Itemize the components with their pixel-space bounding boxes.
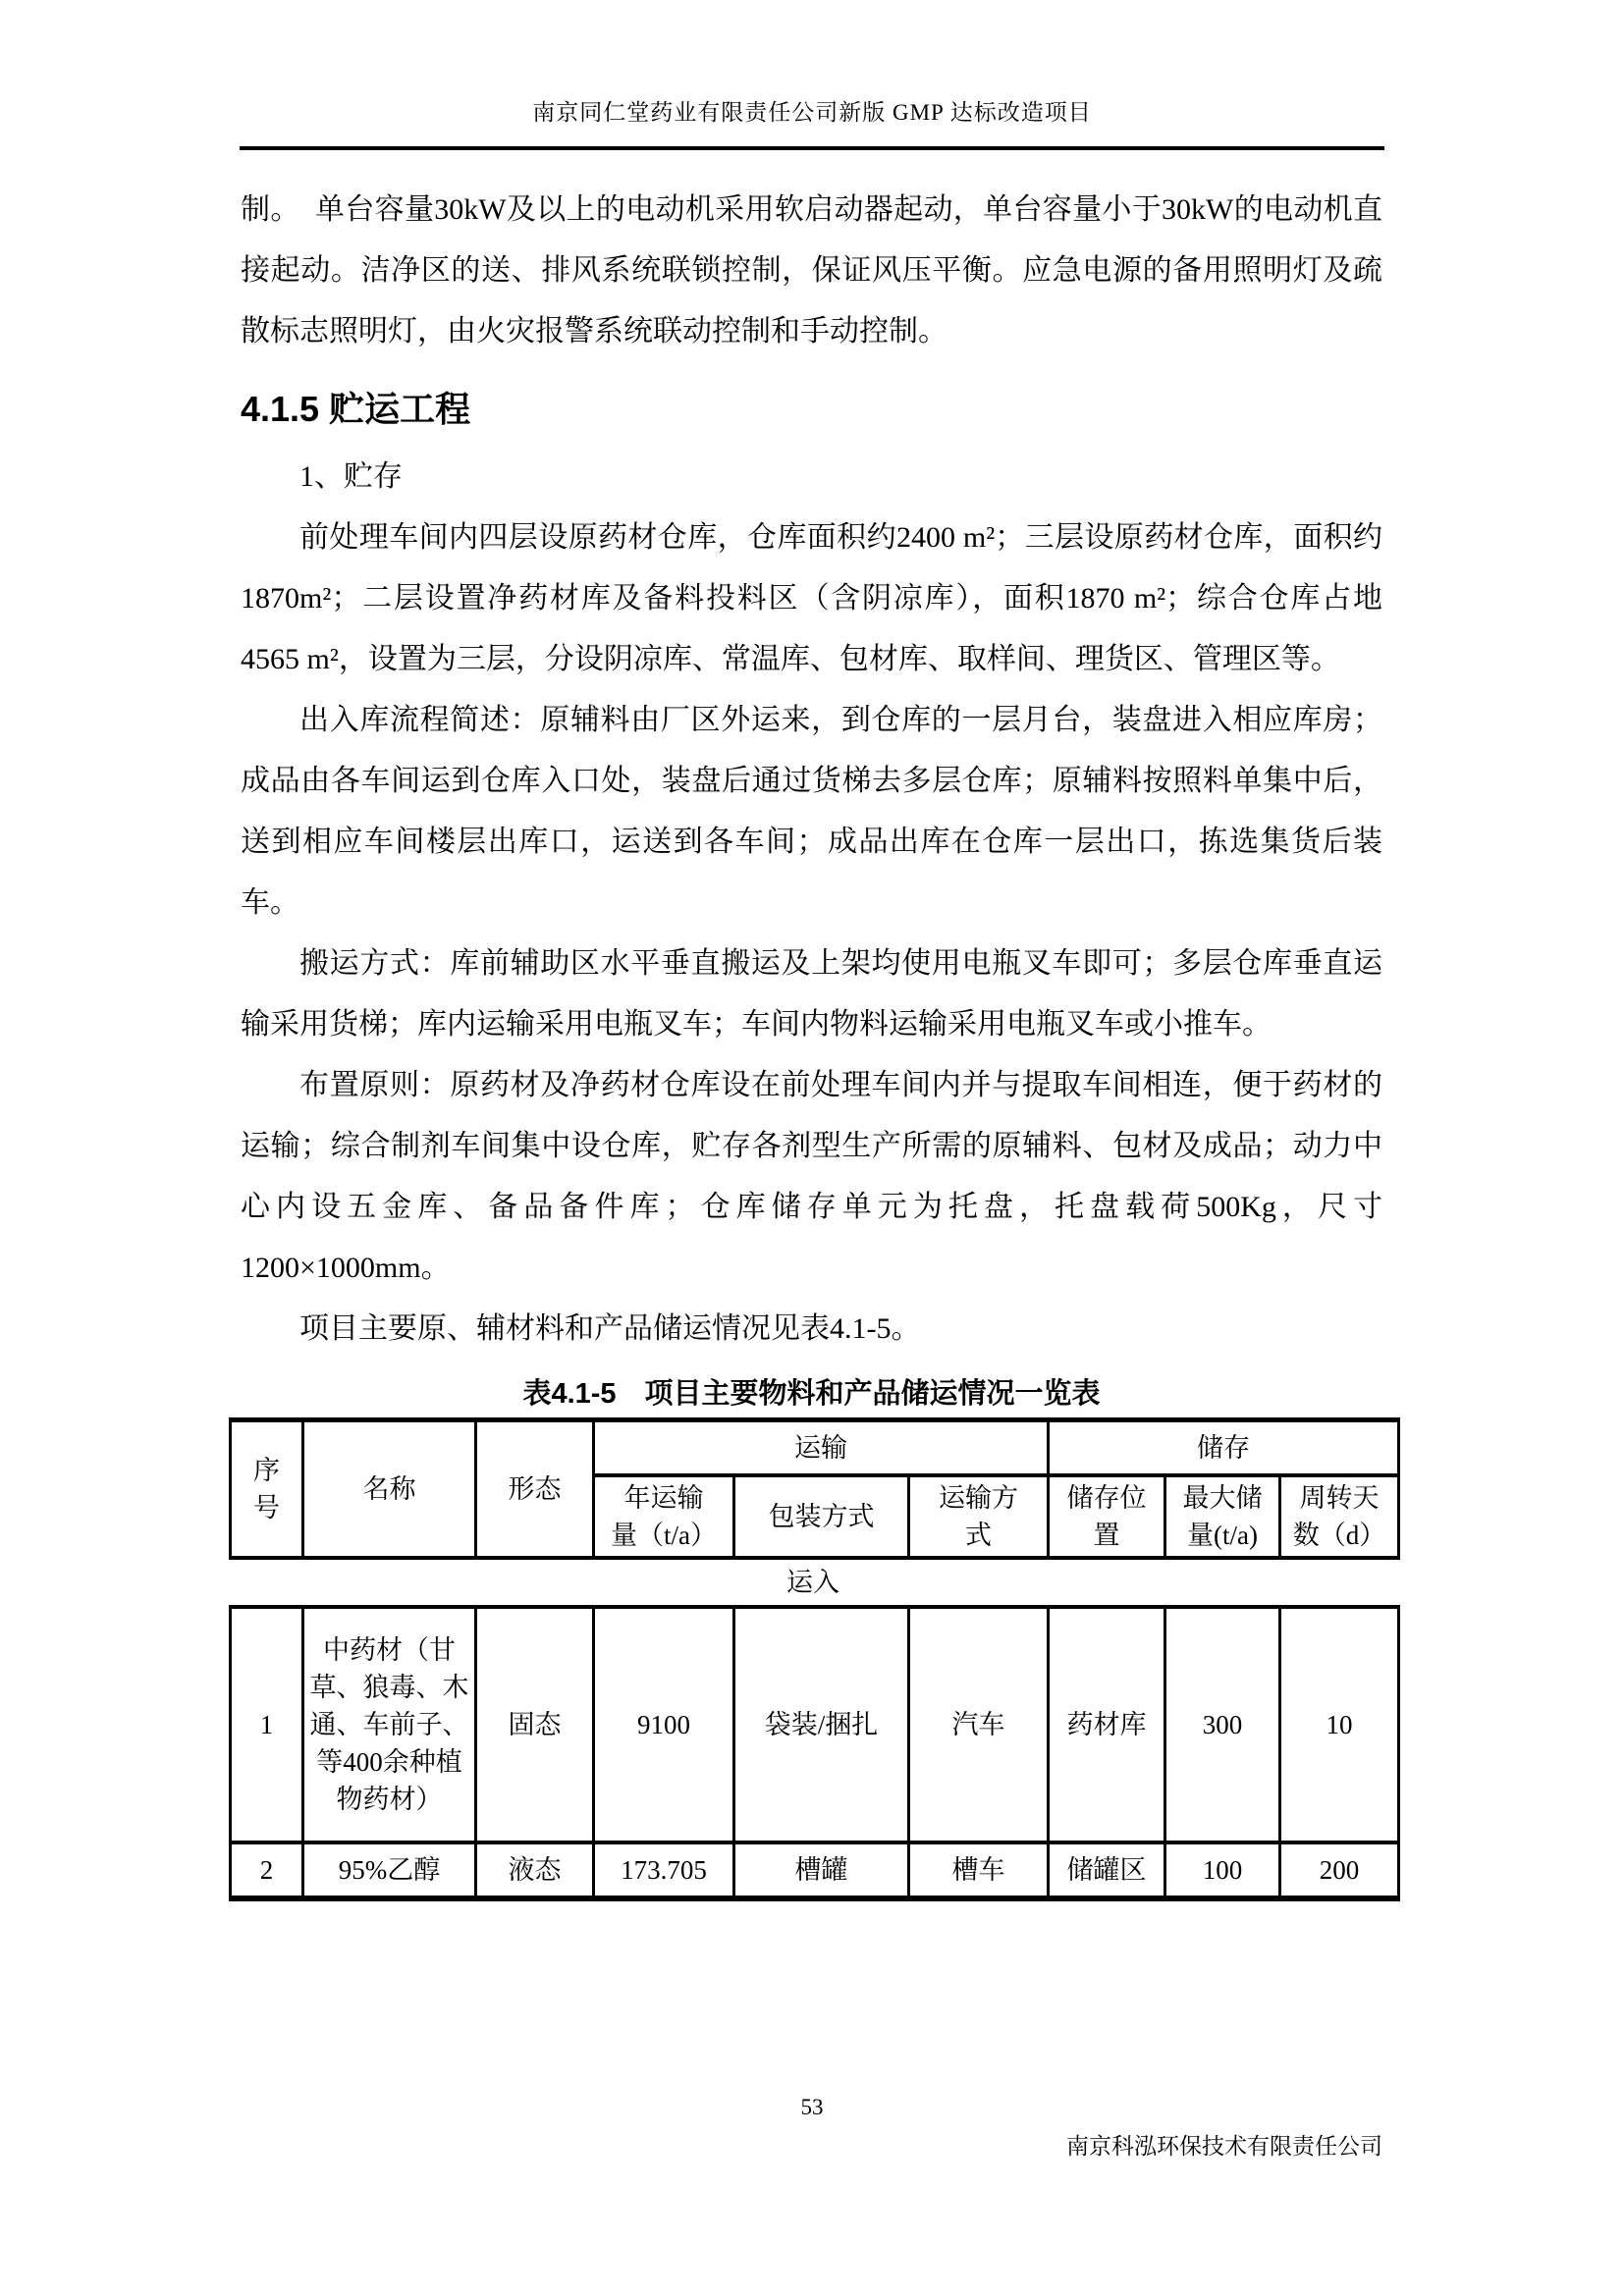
paragraph-intro: 制。 单台容量30kW及以上的电动机采用软启动器起动，单台容量小于30kW的电动…	[241, 180, 1382, 362]
cell-max-storage: 100	[1165, 1842, 1280, 1898]
paragraph-storage-label: 1、贮存	[241, 447, 1382, 507]
cell-material-name: 95%乙醇	[303, 1842, 476, 1898]
table-caption: 表4.1-5 项目主要物料和产品储运情况一览表	[241, 1371, 1382, 1412]
page-header-title: 南京同仁堂药业有限责任公司新版 GMP 达标改造项目	[0, 94, 1624, 127]
col-header-transport-group: 运输	[594, 1420, 1049, 1476]
cell-form: 固态	[476, 1607, 594, 1842]
col-header-transport-mode: 运输方 式	[909, 1475, 1049, 1558]
storage-table: 序 号 名称 形态 运输 储存 年运输 量（t/a） 包装方式 运输方 式 储存…	[229, 1417, 1397, 1901]
cell-seq: 2	[231, 1842, 303, 1898]
col-header-storage-group: 储存	[1049, 1420, 1399, 1476]
cell-storage-location: 储罐区	[1049, 1842, 1165, 1898]
cell-packaging: 槽罐	[734, 1842, 909, 1898]
cell-packaging: 袋装/捆扎	[734, 1607, 909, 1842]
section-heading: 4.1.5 贮运工程	[241, 380, 1382, 439]
paragraph-warehouse: 前处理车间内四层设原药材仓库，仓库面积约2400 m²；三层设原药材仓库，面积约…	[241, 507, 1382, 690]
document-page: 南京同仁堂药业有限责任公司新版 GMP 达标改造项目 制。 单台容量30kW及以…	[0, 0, 1624, 2296]
cell-annual-volume: 9100	[594, 1607, 734, 1842]
storage-table-header: 序 号 名称 形态 运输 储存 年运输 量（t/a） 包装方式 运输方 式 储存…	[229, 1417, 1400, 1560]
cell-turnover-days: 200	[1280, 1842, 1399, 1898]
paragraph-handling: 搬运方式：库前辅助区水平垂直搬运及上架均使用电瓶叉车即可；多层仓库垂直运输采用货…	[241, 934, 1382, 1055]
col-header-max-storage: 最大储 量(t/a)	[1165, 1475, 1280, 1558]
table-row-herbs: 1 中药材（甘草、狼毒、木通、车前子、等400余种植物药材） 固态 9100 袋…	[231, 1607, 1399, 1842]
footer-page-number: 53	[0, 2095, 1624, 2120]
paragraph-table-ref: 项目主要原、辅材料和产品储运情况见表4.1-5。	[241, 1299, 1382, 1360]
table-group-row-inbound: 运入	[229, 1560, 1397, 1605]
cell-storage-location: 药材库	[1049, 1607, 1165, 1842]
cell-material-name: 中药材（甘草、狼毒、木通、车前子、等400余种植物药材）	[303, 1607, 476, 1842]
col-header-seq: 序 号	[231, 1420, 303, 1559]
header-rule	[240, 146, 1384, 150]
col-header-turnover-days: 周转天 数（d）	[1280, 1475, 1399, 1558]
col-header-packaging: 包装方式	[734, 1475, 909, 1558]
paragraph-flow: 出入库流程简述：原辅料由厂区外运来，到仓库的一层月台，装盘进入相应库房；成品由各…	[241, 690, 1382, 934]
cell-transport-mode: 汽车	[909, 1607, 1049, 1842]
footer-company: 南京科泓环保技术有限责任公司	[1066, 2128, 1382, 2161]
cell-annual-volume: 173.705	[594, 1842, 734, 1898]
col-header-name: 名称	[303, 1420, 476, 1559]
storage-table-body: 1 中药材（甘草、狼毒、木通、车前子、等400余种植物药材） 固态 9100 袋…	[229, 1605, 1400, 1901]
cell-form: 液态	[476, 1842, 594, 1898]
col-header-storage-location: 储存位 置	[1049, 1475, 1165, 1558]
cell-transport-mode: 槽车	[909, 1842, 1049, 1898]
cell-turnover-days: 10	[1280, 1607, 1399, 1842]
col-header-annual-volume: 年运输 量（t/a）	[594, 1475, 734, 1558]
page-content: 制。 单台容量30kW及以上的电动机采用软启动器起动，单台容量小于30kW的电动…	[241, 180, 1382, 1901]
cell-max-storage: 300	[1165, 1607, 1280, 1842]
cell-seq: 1	[231, 1607, 303, 1842]
table-row-ethanol: 2 95%乙醇 液态 173.705 槽罐 槽车 储罐区 100 200	[231, 1842, 1399, 1898]
paragraph-layout-principle: 布置原则：原药材及净药材仓库设在前处理车间内并与提取车间相连，便于药材的运输；综…	[241, 1055, 1382, 1299]
col-header-form: 形态	[476, 1420, 594, 1559]
